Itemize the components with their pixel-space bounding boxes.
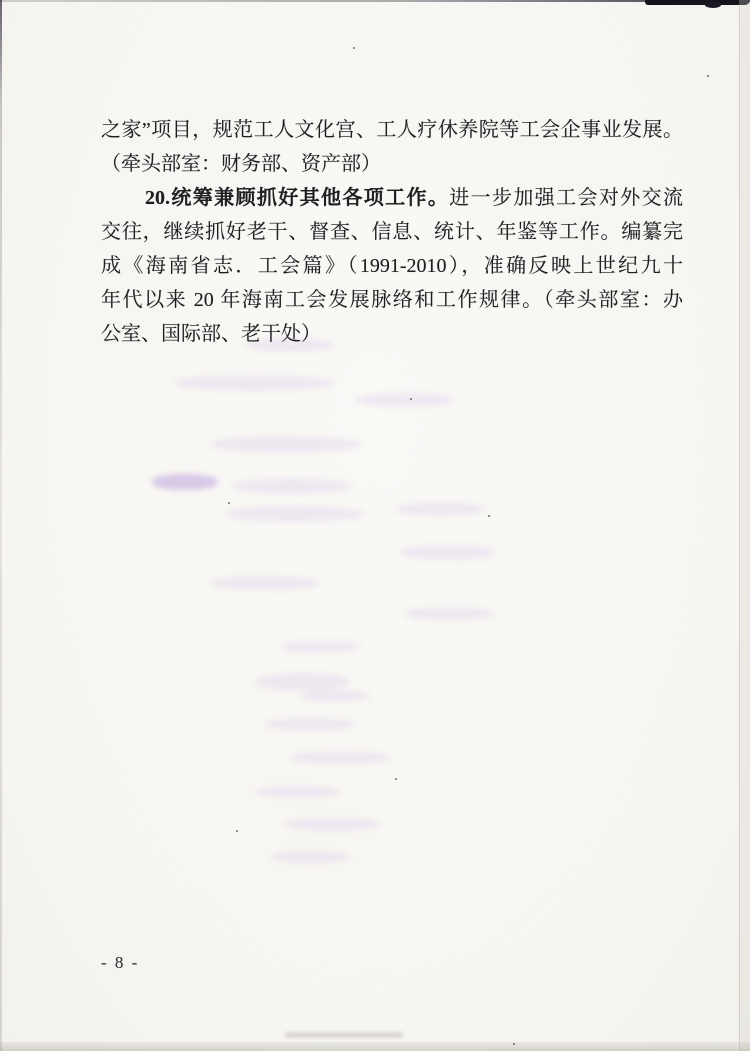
bleed-through-smudge bbox=[280, 641, 360, 653]
bleed-through-smudge bbox=[152, 474, 218, 490]
scan-margin-right bbox=[740, 0, 750, 1051]
bleed-through-smudge bbox=[255, 673, 350, 691]
scan-artifact-top-right bbox=[645, 0, 750, 5]
paragraph-continuation-line-2: （牵头部室：财务部、资产部） bbox=[101, 147, 683, 181]
bleed-through-smudge bbox=[210, 436, 360, 453]
scan-smudge-bottom bbox=[285, 1033, 403, 1037]
bleed-through-smudge bbox=[355, 393, 455, 407]
item-20-line-4: 年代以来 20 年海南工会发展脉络和工作规律。（牵头部室：办 bbox=[101, 283, 683, 317]
dust-speck bbox=[707, 75, 709, 77]
dust-speck bbox=[410, 398, 412, 400]
page-number: - 8 - bbox=[101, 953, 139, 973]
scanned-document-page: 之家”项目，规范工人文化宫、工人疗休养院等工会企事业发展。 （牵头部室：财务部、… bbox=[0, 0, 750, 1051]
bleed-through-smudge bbox=[300, 690, 370, 702]
scan-edge-left bbox=[0, 0, 2, 1051]
scan-edge-right bbox=[739, 0, 740, 1051]
bleed-through-smudge bbox=[405, 607, 495, 620]
item-20-line-1: 20.统筹兼顾抓好其他各项工作。进一步加强工会对外交流 bbox=[101, 181, 683, 215]
dust-speck bbox=[228, 502, 230, 504]
bleed-through-smudge bbox=[270, 851, 350, 863]
bleed-through-smudge bbox=[290, 751, 390, 764]
bleed-through-smudge bbox=[255, 786, 340, 798]
dust-speck bbox=[236, 830, 238, 832]
paragraph-continuation-line-1: 之家”项目，规范工人文化宫、工人疗休养院等工会企事业发展。 bbox=[101, 113, 683, 147]
dust-speck bbox=[513, 1043, 515, 1045]
bleed-through-smudge bbox=[285, 818, 380, 831]
dust-speck bbox=[488, 515, 490, 517]
scan-edge-bottom bbox=[0, 1042, 750, 1051]
bleed-through-smudge bbox=[175, 375, 335, 391]
item-20-line-5: 公室、国际部、老干处） bbox=[101, 317, 683, 351]
bleed-through-smudge bbox=[400, 545, 495, 560]
bleed-through-smudge bbox=[210, 576, 320, 590]
document-body: 之家”项目，规范工人文化宫、工人疗休养院等工会企事业发展。 （牵头部室：财务部、… bbox=[101, 113, 683, 351]
bleed-through-smudge bbox=[225, 506, 365, 522]
bleed-through-smudge bbox=[232, 478, 352, 494]
bleed-through-smudge bbox=[265, 718, 355, 731]
item-20-line-2: 交往，继续抓好老干、督查、信息、统计、年鉴等工作。编纂完 bbox=[101, 215, 683, 249]
item-20-line-3: 成《海南省志．工会篇》（1991-2010），准确反映上世纪九十 bbox=[101, 249, 683, 283]
scan-edge-top bbox=[0, 0, 750, 2]
dust-speck bbox=[395, 778, 397, 780]
item-20-heading: 20.统筹兼顾抓好其他各项工作。 bbox=[145, 187, 449, 209]
bleed-through-smudge bbox=[395, 502, 485, 516]
dust-speck bbox=[353, 47, 355, 49]
item-20-line-1-rest: 进一步加强工会对外交流 bbox=[449, 187, 683, 209]
